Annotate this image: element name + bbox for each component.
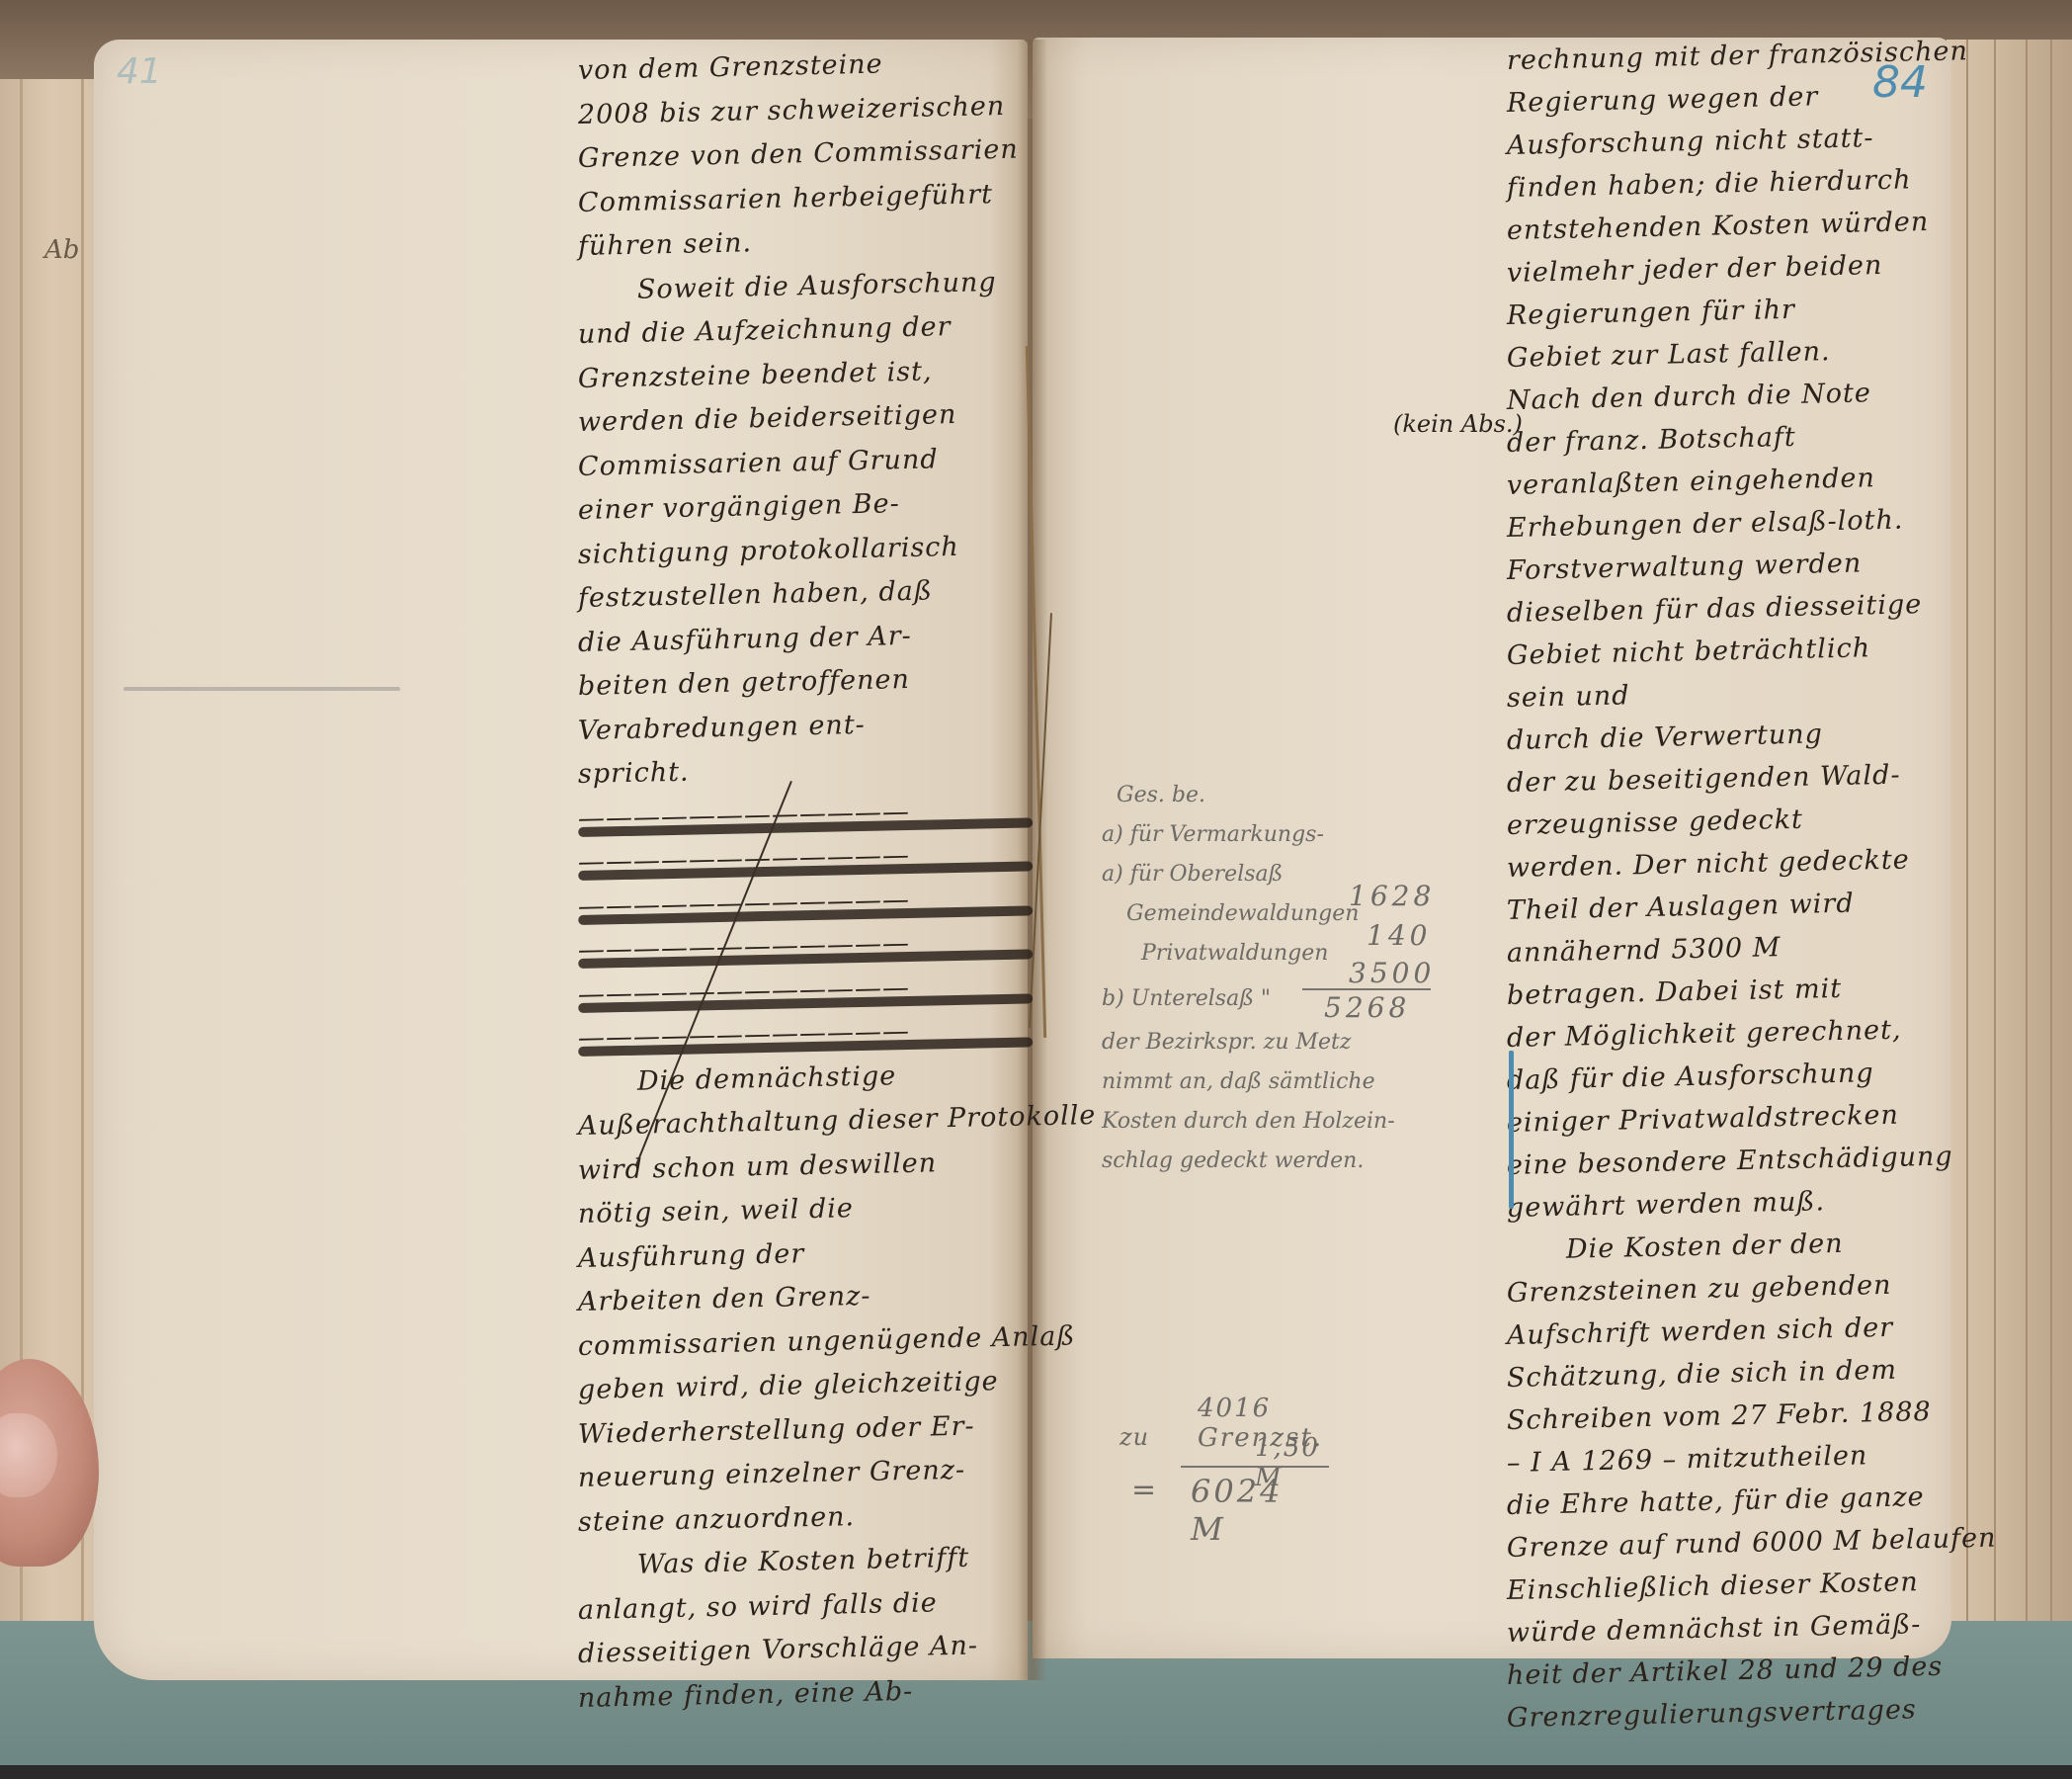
right-page-stack [1947,40,2072,1621]
calc-result: 6024 M [1191,1473,1283,1548]
pencil-note-line: schlag gedeckt werden. [1102,1142,1395,1181]
pencil-note-text: der Bezirkspr. zu Metz nimmt an, daß säm… [1102,1023,1395,1181]
page-edge [1994,40,1996,1621]
pencil-note-line: der Bezirkspr. zu Metz [1102,1023,1395,1062]
manuscript-line: nahme finden, eine Ab- [578,1667,1034,1721]
page-edge [81,79,84,1621]
pencil-note-line: nimmt an, daß sämtliche [1102,1062,1395,1102]
blue-margin-mark [1509,1051,1514,1209]
pencil-header-line: a) für Vermarkungs- [1102,815,1423,855]
margin-note: (kein Abs.) [1393,410,1523,438]
right-page-text: rechnung mit der französischenRegierung … [1507,40,1942,1739]
pencil-item-label: Gemeindewaldungen [1126,901,1359,926]
calc-prefix: zu [1119,1423,1149,1451]
page-edge [2050,40,2052,1621]
sum-rule [1302,988,1431,990]
calc-equals: = [1131,1473,1160,1507]
bleed-through-mark [124,687,400,691]
pencil-header-line: Ges. be. [1102,776,1423,815]
pencil-value: 140 [1367,919,1431,952]
manuscript-line: Grenzregulierungsvertrages [1507,1688,1943,1739]
pencil-value: 1628 [1349,880,1435,912]
page-edge [1966,40,1968,1621]
thumbnail [0,1413,57,1497]
calc-rule [1181,1466,1329,1468]
pencil-total: 5268 [1324,991,1410,1024]
pencil-value: 3500 [1349,957,1435,989]
pencil-note-line: Kosten durch den Holzein- [1102,1102,1395,1142]
pencil-item-label: Privatwaldungen [1141,941,1328,966]
table-edge [0,1765,2072,1779]
page-edge [2026,40,2028,1621]
pencil-item-label: b) Unterelsaß " [1102,986,1271,1011]
folio-number-left: 41 [117,51,162,92]
left-page-text: von dem Grenzsteine2008 bis zur schweize… [578,49,1033,1721]
stack-margin-mark: Ab [44,235,79,265]
